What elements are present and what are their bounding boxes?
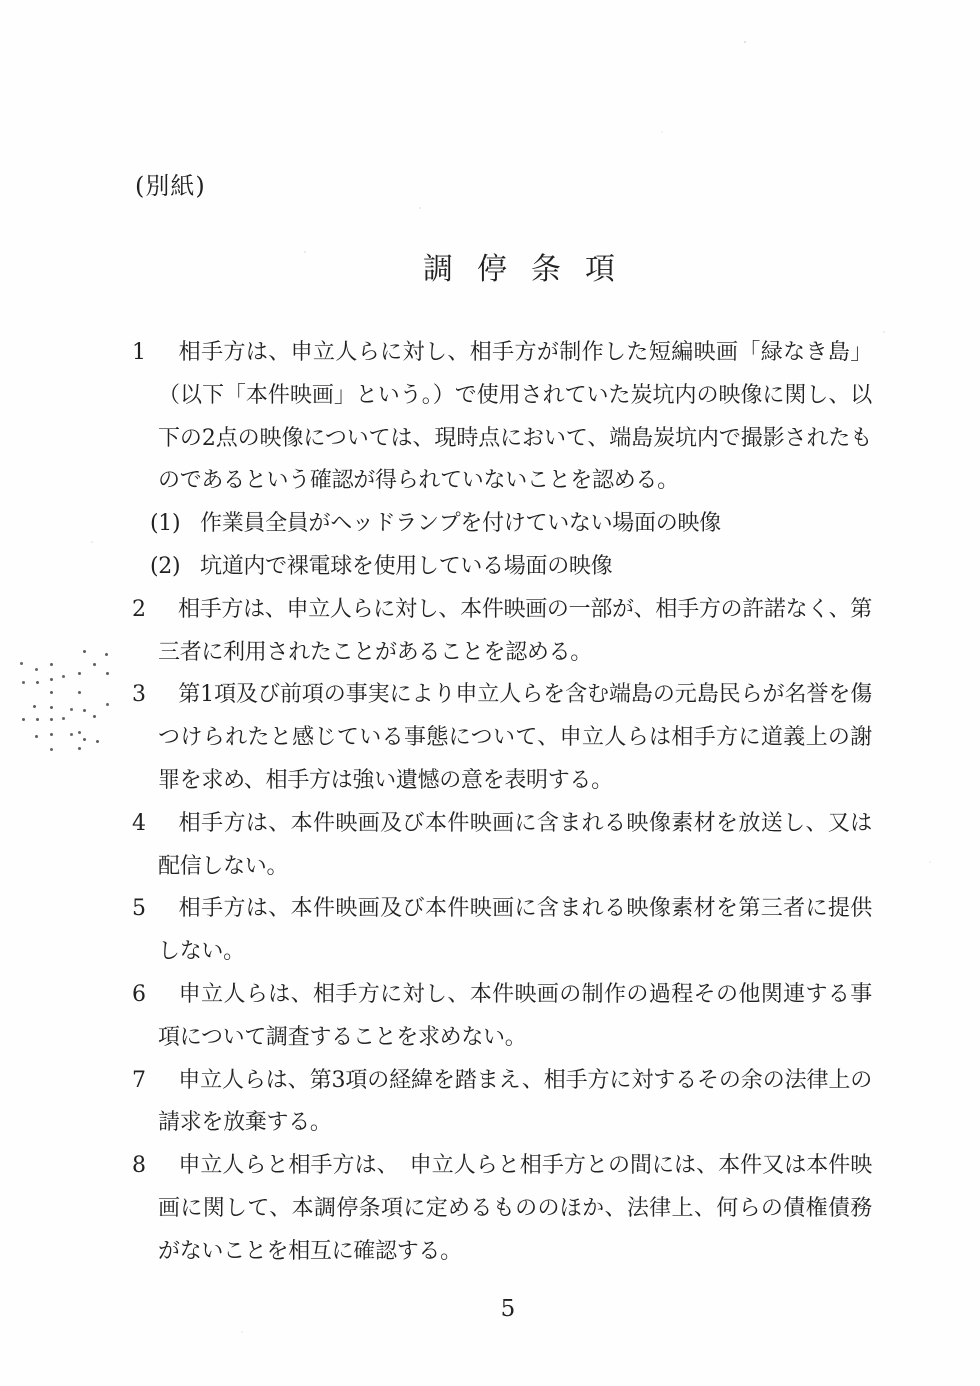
clause-3: 3第1項及び前項の事実により申立人らを含む端島の元島民らが名誉を傷つけられたと感…	[132, 674, 872, 802]
clause-1-subitem-1: (1)作業員全員がヘッドランプを付けていない場面の映像	[132, 503, 872, 546]
clause-4-number: 4	[132, 803, 178, 846]
clause-2-text: 相手方は、申立人らに対し、本件映画の一部が、相手方の許諾なく、第三者に利用された…	[158, 597, 872, 665]
clause-5-number: 5	[132, 888, 178, 931]
clause-1-text: 相手方は、申立人らに対し、相手方が制作した短編映画「緑なき島」（以下「本件映画」…	[158, 340, 872, 493]
clause-5: 5相手方は、本件映画及び本件映画に含まれる映像素材を第三者に提供しない。	[132, 888, 872, 974]
scan-noise-dots	[20, 650, 23, 653]
clause-6-number: 6	[132, 974, 178, 1017]
page-number: 5	[0, 1296, 980, 1322]
clause-2-number: 2	[132, 589, 178, 632]
clause-1-subitem-1-text: 作業員全員がヘッドランプを付けていない場面の映像	[200, 511, 721, 536]
document-body: 1相手方は、申立人らに対し、相手方が制作した短編映画「緑なき島」（以下「本件映画…	[132, 332, 872, 1274]
clause-1-subitem-1-number: (1)	[150, 503, 200, 546]
clause-7: 7申立人らは、第3項の経緯を踏まえ、相手方に対するその余の法律上の請求を放棄する…	[132, 1060, 872, 1146]
clause-1-subitem-2-text: 坑道内で裸電球を使用している場面の映像	[200, 554, 612, 579]
clause-6: 6申立人らは、相手方に対し、本件映画の制作の過程その他関連する事項について調査す…	[132, 974, 872, 1060]
clause-7-number: 7	[132, 1060, 178, 1103]
clause-1-subitem-2-number: (2)	[150, 546, 200, 589]
clause-1-subitem-2: (2)坑道内で裸電球を使用している場面の映像	[132, 546, 872, 589]
clause-4: 4相手方は、本件映画及び本件映画に含まれる映像素材を放送し、又は配信しない。	[132, 803, 872, 889]
clause-1: 1相手方は、申立人らに対し、相手方が制作した短編映画「緑なき島」（以下「本件映画…	[132, 332, 872, 503]
clause-8-text: 申立人らと相手方は、 申立人らと相手方との間には、本件又は本件映画に関して、本調…	[158, 1153, 872, 1264]
clause-1-number: 1	[132, 332, 178, 375]
document-title: 調停条項	[423, 244, 639, 288]
clause-6-text: 申立人らは、相手方に対し、本件映画の制作の過程その他関連する事項について調査する…	[158, 982, 872, 1050]
clause-5-text: 相手方は、本件映画及び本件映画に含まれる映像素材を第三者に提供しない。	[158, 896, 872, 964]
attachment-label: (別紙)	[135, 166, 206, 201]
clause-4-text: 相手方は、本件映画及び本件映画に含まれる映像素材を放送し、又は配信しない。	[158, 811, 872, 879]
clause-3-text: 第1項及び前項の事実により申立人らを含む端島の元島民らが名誉を傷つけられたと感じ…	[158, 682, 872, 793]
clause-8: 8申立人らと相手方は、 申立人らと相手方との間には、本件又は本件映画に関して、本…	[132, 1145, 872, 1273]
clause-2: 2相手方は、申立人らに対し、本件映画の一部が、相手方の許諾なく、第三者に利用され…	[132, 589, 872, 675]
document-page: (別紙) 調停条項 1相手方は、申立人らに対し、相手方が制作した短編映画「緑なき…	[0, 0, 980, 1386]
clause-7-text: 申立人らは、第3項の経緯を踏まえ、相手方に対するその余の法律上の請求を放棄する。	[158, 1068, 872, 1136]
clause-8-number: 8	[132, 1145, 178, 1188]
clause-3-number: 3	[132, 674, 178, 717]
